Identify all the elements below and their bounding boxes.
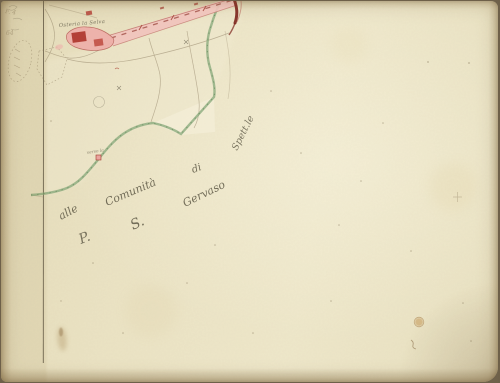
foxing-spot <box>415 318 423 326</box>
small-outbuilding <box>96 155 101 160</box>
building-block <box>71 31 86 43</box>
faint-stain <box>125 285 177 337</box>
map-canvas: F. 4 64 Osteria la Selva verso la alle C… <box>1 1 498 382</box>
label-corner-note-bottom: 64 <box>6 30 14 37</box>
map-sheet: F. 4 64 Osteria la Selva verso la alle C… <box>1 1 498 382</box>
ink-smear-core <box>59 328 63 337</box>
building-block <box>94 38 104 46</box>
faint-stain <box>429 163 477 211</box>
faint-stain <box>331 27 367 63</box>
